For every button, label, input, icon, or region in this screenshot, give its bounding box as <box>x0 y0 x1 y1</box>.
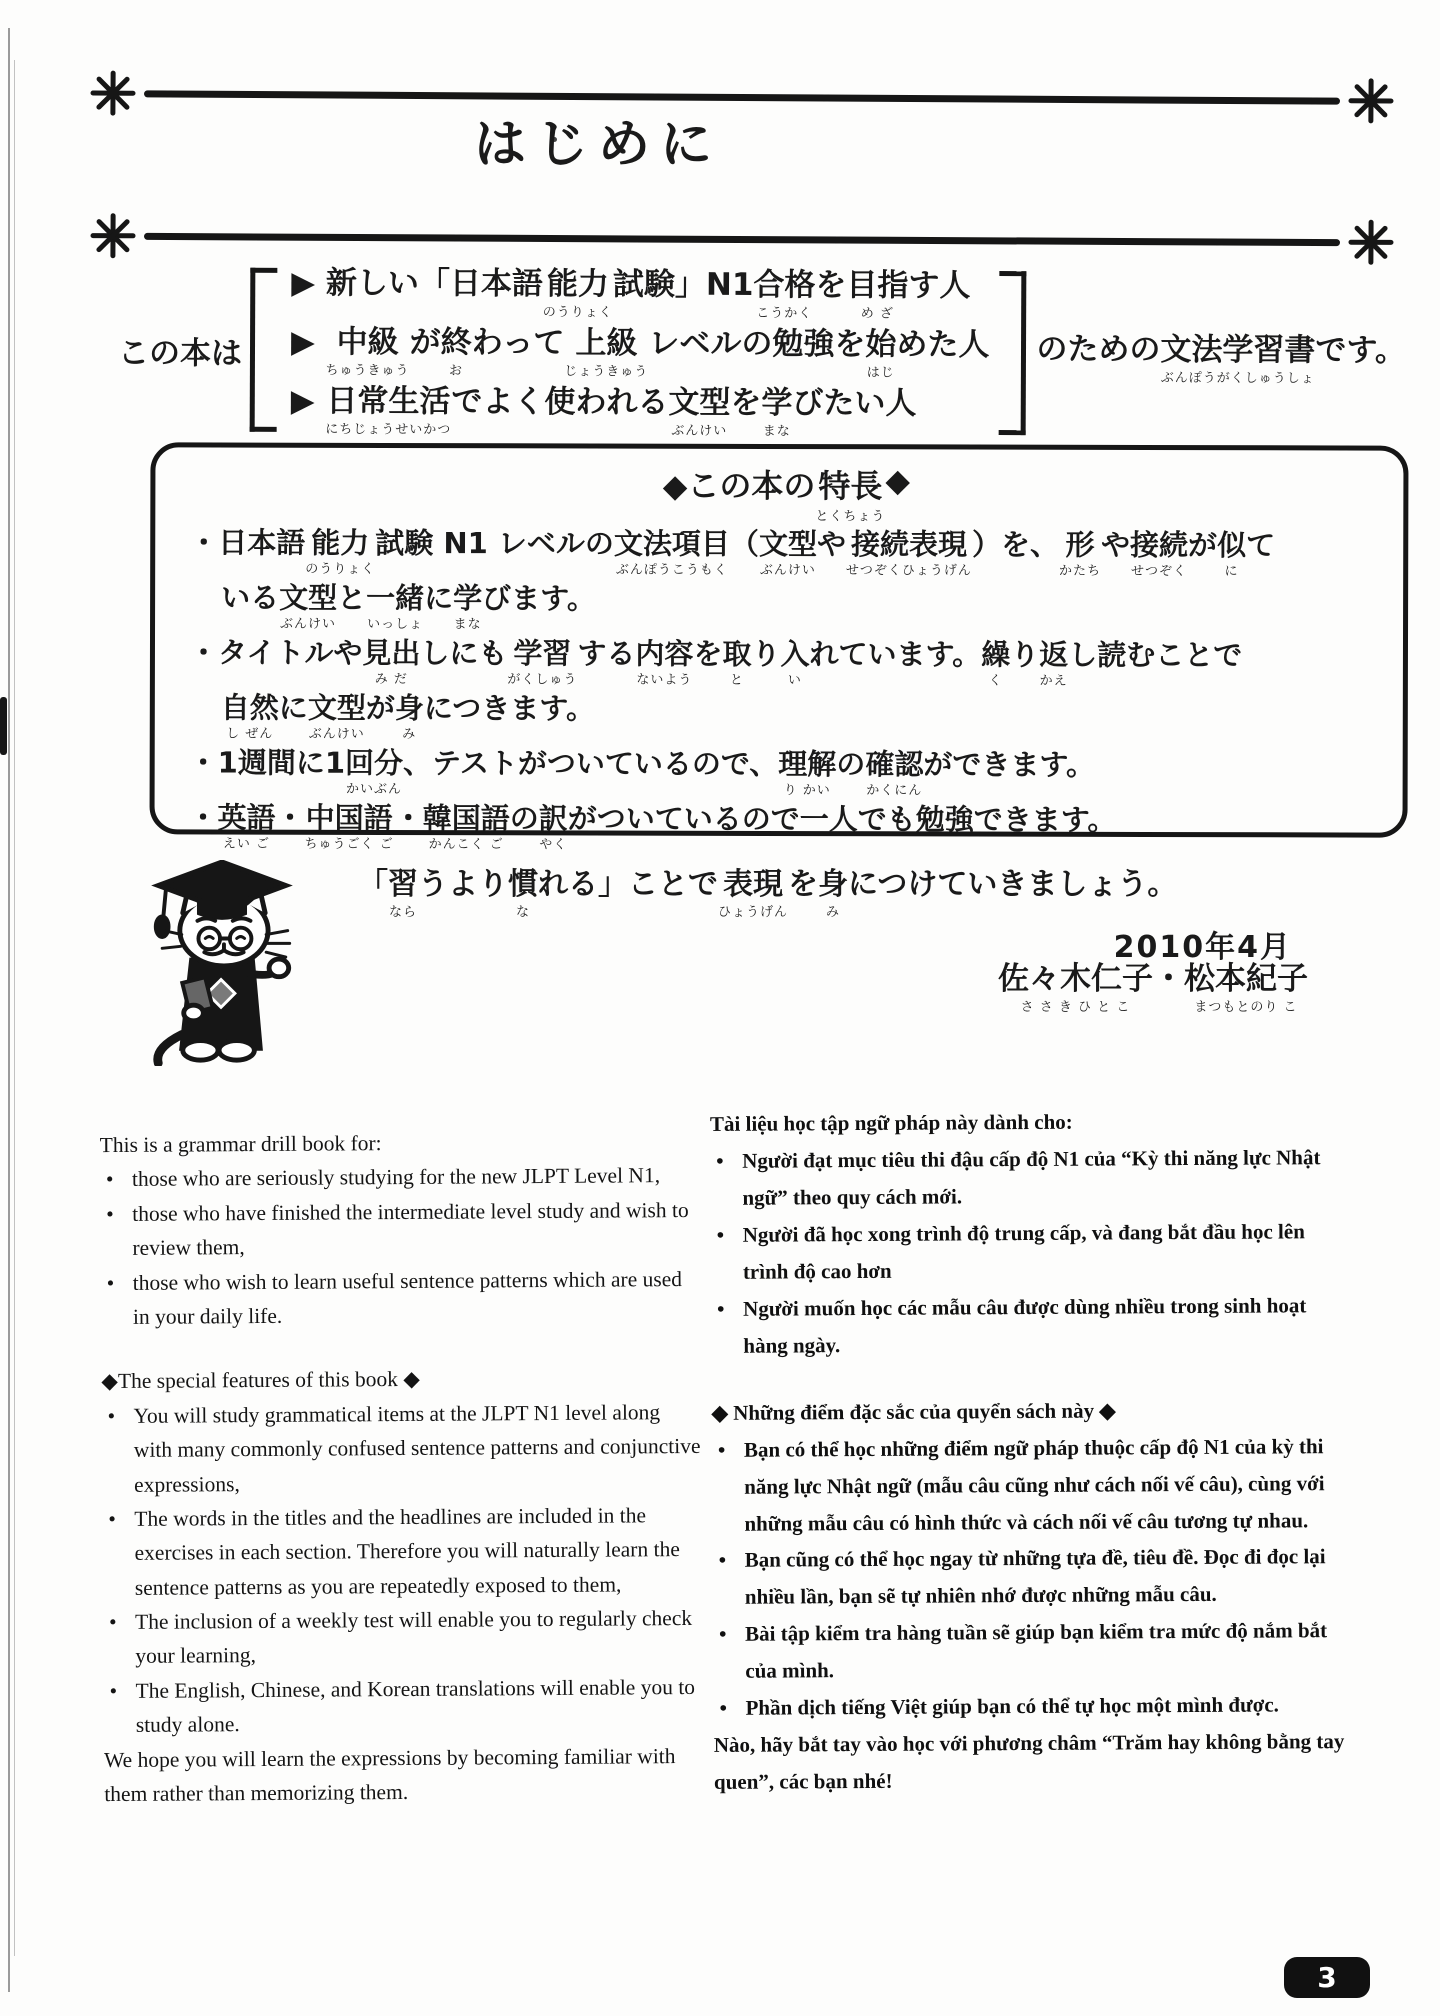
list-item: •Người đạt mục tiêu thi đậu cấp độ N1 củ… <box>710 1139 1344 1217</box>
decorative-rule-bottom <box>90 213 1394 266</box>
bullet-icon: • <box>711 1291 743 1365</box>
list-item: •Người muốn học các mẫu câu được dùng nh… <box>711 1287 1345 1365</box>
bullet-icon: • <box>713 1616 745 1690</box>
list-item: •Bạn cũng có thể học ngay từ những tựa đ… <box>713 1539 1347 1617</box>
bullet-icon: • <box>713 1690 745 1727</box>
page-title: はじめに <box>0 102 1318 177</box>
list-item: •You will study grammatical items at the… <box>102 1395 705 1502</box>
spacer <box>711 1361 1345 1395</box>
asterisk-icon <box>1348 78 1394 124</box>
list-item: •those who wish to learn useful sentence… <box>101 1261 703 1334</box>
audience-line: ▶ 日常生活にちじょうせいかつでよく使われる文型ぶんけいを学まなびたい人 <box>291 382 990 439</box>
audience-prefix: この本は <box>118 327 242 373</box>
scan-ink-mark <box>0 697 7 755</box>
professor-cat-illustration <box>128 860 316 1070</box>
vietnamese-column: Tài liệu học tập ngữ pháp này dành cho: … <box>710 1102 1348 1801</box>
bullet-icon: • <box>710 1143 742 1217</box>
list-item: •those who have finished the intermediat… <box>100 1193 702 1266</box>
bullet-icon: • <box>102 1399 135 1502</box>
audience-bullet-list: •Người đạt mục tiêu thi đậu cấp độ N1 củ… <box>710 1139 1345 1365</box>
bracket-right <box>999 271 1027 435</box>
feature-line-continuation: 自然し ぜんに文型ぶんけいが身みにつきます。 <box>189 690 1383 743</box>
bullet-icon: • <box>103 1674 135 1743</box>
motto-message: 「習ならうより慣なれる」ことで表現ひょうげんを身みにつけていきましょう。 <box>358 866 1177 919</box>
features-bullet-list: •You will study grammatical items at the… <box>102 1395 706 1743</box>
english-column: This is a grammar drill book for: •those… <box>100 1124 707 1812</box>
scan-edge-line <box>8 28 10 1992</box>
feature-line: ・日本語能力のうりょく試験 N1 レベルの文法項目ぶんぽうこうもく（文型ぶんけい… <box>189 525 1383 578</box>
author-names: 佐々木仁子さ さ き ひ と こ・松本紀子まつもとのり こ <box>800 960 1308 1014</box>
feature-line: ・英語えい ご・中国語ちゅうごく ご・韓国語かんこく ごの訳やくがついているので… <box>188 800 1382 853</box>
bullet-icon: • <box>101 1265 133 1334</box>
features-bullet-list: •Bạn có thể học những điểm ngữ pháp thuộ… <box>712 1428 1348 1727</box>
scanned-book-page: { "page": { "title": "はじめに", "date": "20… <box>0 0 1440 2016</box>
audience-line: ▶ 中級ちゅうきゅうが終おわって上級じょうきゅうレベルの勉強を始はじめた人 <box>291 323 990 380</box>
list-item: •Người đã học xong trình độ trung cấp, v… <box>711 1213 1345 1291</box>
bullet-icon: • <box>100 1197 132 1266</box>
list-item: •those who are seriously studying for th… <box>100 1158 702 1197</box>
rule-line <box>144 232 1340 245</box>
audience-suffix: のための文法学習書ぶんぽうがくしゅうしょです。 <box>1036 323 1406 386</box>
page-number-badge: 3 <box>1284 1957 1370 1998</box>
closing-line: We hope you will learn the expressions b… <box>104 1739 706 1812</box>
list-item: •Phần dịch tiếng Việt giúp bạn có thể tự… <box>713 1686 1347 1727</box>
spacer <box>101 1330 703 1364</box>
intro-line: This is a grammar drill book for: <box>100 1124 702 1163</box>
bullet-icon: • <box>103 1605 135 1674</box>
audience-lines: ▶ 新しい「日本語能力のうりょく試験」N1合格こうかくを目指め ざす人 ▶ 中級… <box>291 264 990 439</box>
bullet-icon: • <box>100 1162 132 1197</box>
list-item: •The English, Chinese, and Korean transl… <box>103 1670 705 1743</box>
feature-line: ・タイトルや見出み だしにも学習がくしゅうする内容ないようを取とり入いれています… <box>189 635 1383 688</box>
features-heading: ◆The special features of this book ◆ <box>101 1360 703 1399</box>
professor-cat-icon <box>128 860 316 1066</box>
list-item: •The inclusion of a weekly test will ena… <box>103 1601 705 1674</box>
asterisk-icon <box>1348 219 1394 265</box>
intro-line: Tài liệu học tập ngữ pháp này dành cho: <box>710 1102 1344 1143</box>
bullet-icon: • <box>102 1502 135 1605</box>
closing-line: Nào, hãy bắt tay vào học với phương châm… <box>714 1723 1348 1801</box>
asterisk-icon <box>90 213 136 259</box>
bullet-icon: • <box>712 1431 745 1542</box>
feature-line: ・1週間に1回分かいぶん、テストがついているので、理解り かいの確認かくにんがで… <box>189 745 1383 798</box>
audience-line: ▶ 新しい「日本語能力のうりょく試験」N1合格こうかくを目指め ざす人 <box>291 264 990 321</box>
list-item: •Bài tập kiểm tra hàng tuần sẽ giúp bạn … <box>713 1612 1347 1690</box>
features-title: ◆この本の特長とくちょう◆ <box>189 459 1383 524</box>
bullet-icon: • <box>713 1542 745 1616</box>
features-box: ◆この本の特長とくちょう◆ ・日本語能力のうりょく試験 N1 レベルの文法項目ぶ… <box>149 442 1408 837</box>
bullet-icon: • <box>711 1217 743 1291</box>
audience-bullet-list: •those who are seriously studying for th… <box>100 1158 703 1334</box>
feature-line-continuation: いる文型ぶんけいと一緒いっしょに学まなびます。 <box>189 580 1383 633</box>
features-heading: ◆ Những điểm đặc sắc của quyển sách này … <box>712 1391 1346 1432</box>
list-item: •Bạn có thể học những điểm ngữ pháp thuộ… <box>712 1428 1347 1543</box>
scan-edge-line <box>14 60 15 1956</box>
list-item: •The words in the titles and the headlin… <box>102 1498 705 1605</box>
audience-section: この本は ▶ 新しい「日本語能力のうりょく試験」N1合格こうかくを目指め ざす人… <box>118 263 1407 441</box>
bracket-left <box>250 268 278 432</box>
